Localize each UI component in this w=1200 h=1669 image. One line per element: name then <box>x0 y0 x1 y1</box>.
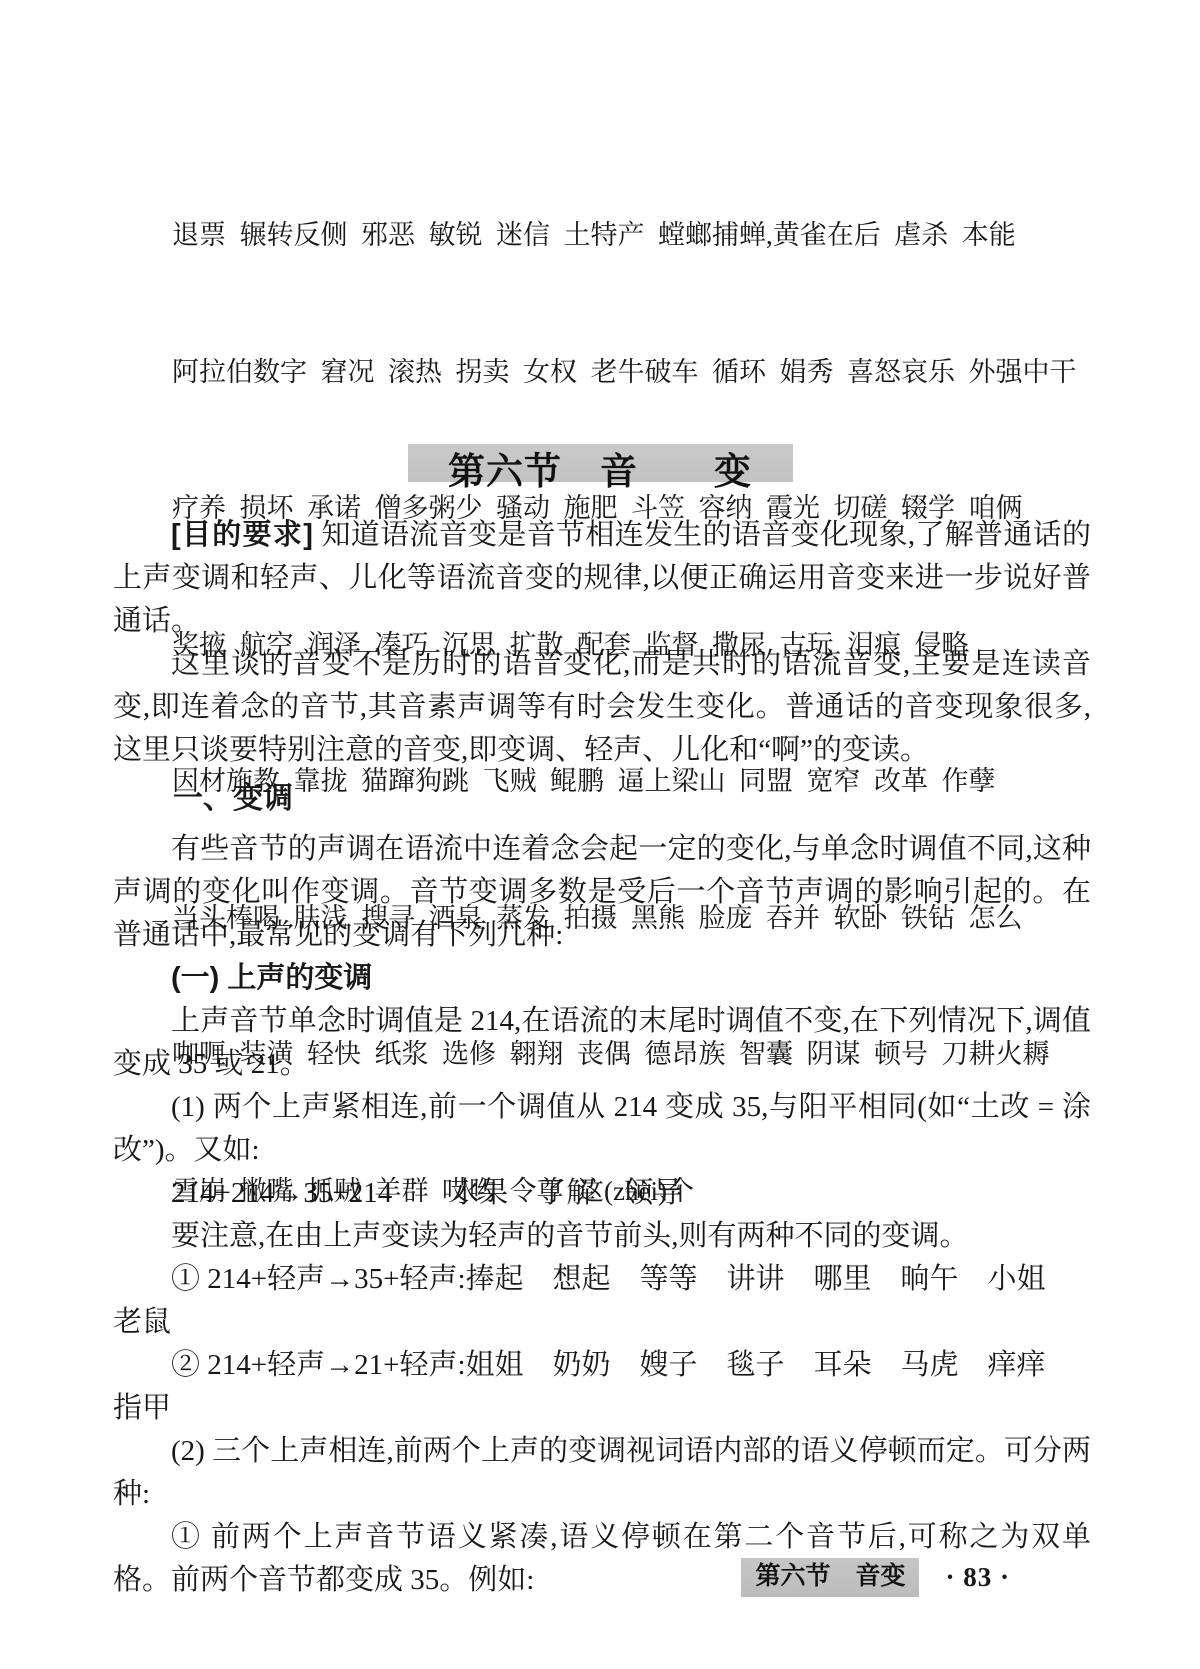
section-title: 第六节 音 变 <box>448 452 752 482</box>
section-header: 第六节 音 变 <box>0 444 1200 482</box>
word-list-line-1: 退票 辗转反侧 邪恶 敏锐 迷信 土特产 螳螂捕蝉,黄雀在后 虐杀 本能 <box>172 213 1082 259</box>
paragraph-shangsheng-values: 上声音节单念时调值是 214,在语流的末尾时调值不变,在下列情况下,调值变成 3… <box>113 1000 1091 1086</box>
heading-biandiao: 一、变调 <box>113 781 1091 817</box>
book-page: { "word_list": { "lines": [ "退票 辗转反侧 邪恶 … <box>0 0 1200 1669</box>
page-number: · 83 · <box>945 1562 1010 1593</box>
page-footer: 第六节 音变 · 83 · <box>0 1558 1200 1597</box>
paragraph-rule-2: (2) 三个上声相连,前两个上声的变调视词语内部的语义停顿而定。可分两种: <box>113 1430 1091 1516</box>
paragraph-rule-1: (1) 两个上声紧相连,前一个调值从 214 变成 35,与阳平相同(如“土改 … <box>113 1086 1091 1172</box>
intro-paragraph: 这里谈的音变不是历时的语音变化,而是共时的语流音变,主要是连读音变,即连着念的音… <box>113 643 1091 772</box>
objective-paragraph: [目的要求] 知道语流音变是音节相连发生的语音变化现象,了解普通话的上声变调和轻… <box>113 514 1091 643</box>
paragraph-tone-change: 有些音节的声调在语流中连着念会起一定的变化,与单念时调值不同,这种声调的变化叫作… <box>113 828 1091 957</box>
footer-section-label: 第六节 音变 <box>741 1558 919 1597</box>
section-header-bar: 第六节 音 变 <box>408 444 793 482</box>
paragraph-note: 要注意,在由上声变读为轻声的音节前头,则有两种不同的变调。 <box>113 1215 1091 1258</box>
formula-214-line: 214+214→35+214 水果 了解 领导 <box>113 1172 1091 1215</box>
main-content: [目的要求] 知道语流音变是音节相连发生的语音变化现象,了解普通话的上声变调和轻… <box>113 514 1091 1602</box>
item-rule-35: ① 214+轻声→35+轻声:捧起 想起 等等 讲讲 哪里 晌午 小姐 老鼠 <box>113 1258 1091 1344</box>
objective-label: [目的要求] <box>171 519 314 551</box>
word-list-line-2: 阿拉伯数字 窘况 滚热 拐卖 女权 老牛破车 循环 娟秀 喜怒哀乐 外强中干 <box>172 350 1082 396</box>
subheading-shangsheng: (一) 上声的变调 <box>113 957 1091 1000</box>
item-rule-21: ② 214+轻声→21+轻声:姐姐 奶奶 嫂子 毯子 耳朵 马虎 痒痒 指甲 <box>113 1344 1091 1430</box>
